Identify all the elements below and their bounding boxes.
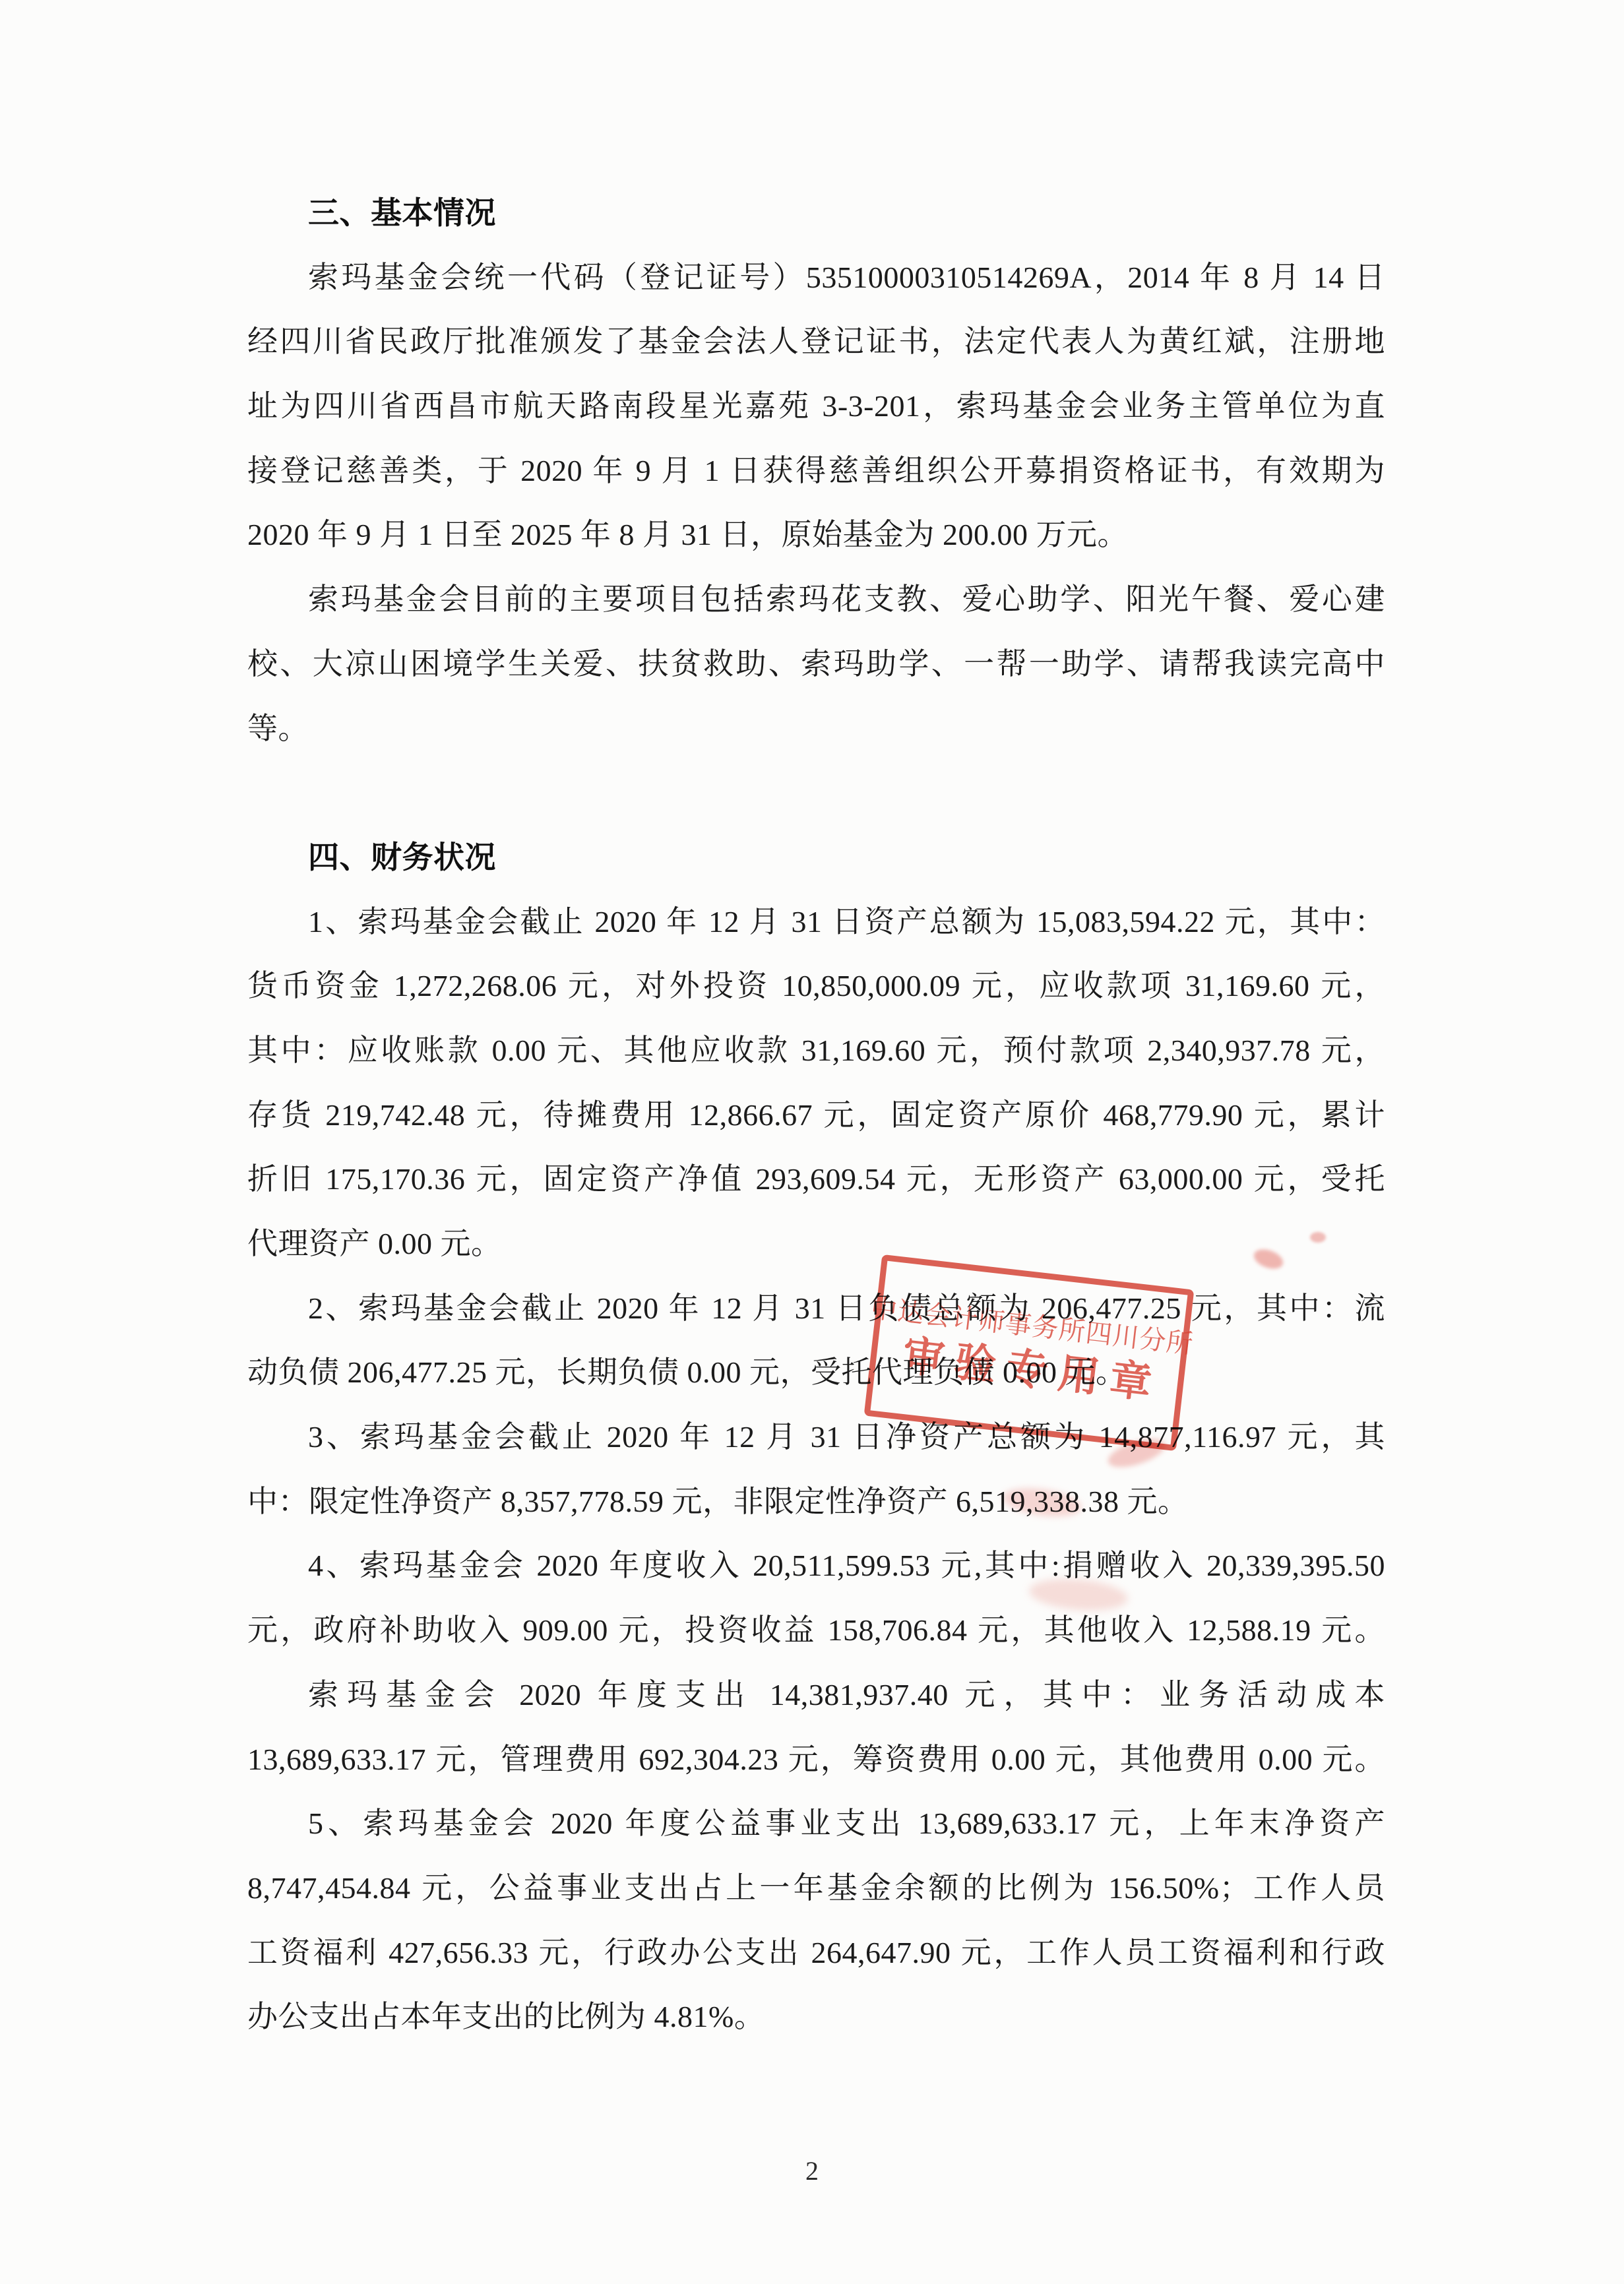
text-line: 4、索玛基金会 2020 年度收入 20,511,599.53 元,其中:捐赠收…	[247, 1533, 1385, 1598]
text-line: 2020 年 9 月 1 日至 2025 年 8 月 31 日，原始基金为 20…	[247, 503, 1385, 567]
section-heading: 四、财务状况	[247, 825, 1385, 890]
text-line: 等。	[247, 696, 1385, 761]
blank-line	[247, 760, 1385, 825]
text-line: 2、索玛基金会截止 2020 年 12 月 31 日负债总额为 206,477.…	[247, 1276, 1385, 1341]
text-line: 代理资产 0.00 元。	[247, 1212, 1385, 1276]
text-line: 折旧 175,170.36 元，固定资产净值 293,609.54 元，无形资产…	[247, 1147, 1385, 1212]
text-line: 址为四川省西昌市航天路南段星光嘉苑 3-3-201，索玛基金会业务主管单位为直	[247, 374, 1385, 439]
text-line: 索玛基金会统一代码（登记证号）53510000310514269A，2014 年…	[247, 245, 1385, 310]
text-line: 13,689,633.17 元，管理费用 692,304.23 元，筹资费用 0…	[247, 1727, 1385, 1792]
text-line: 接登记慈善类，于 2020 年 9 月 1 日获得慈善组织公开募捐资格证书，有效…	[247, 439, 1385, 503]
text-line: 存货 219,742.48 元，待摊费用 12,866.67 元，固定资产原价 …	[247, 1083, 1385, 1148]
document-page: 三、基本情况索玛基金会统一代码（登记证号）53510000310514269A，…	[0, 0, 1624, 2284]
text-line: 其中：应收账款 0.00 元、其他应收款 31,169.60 元，预付款项 2,…	[247, 1018, 1385, 1083]
text-line: 元，政府补助收入 909.00 元，投资收益 158,706.84 元，其他收入…	[247, 1598, 1385, 1663]
text-line: 索玛基金会目前的主要项目包括索玛花支教、爱心助学、阳光午餐、爱心建	[247, 567, 1385, 632]
text-line: 工资福利 427,656.33 元，行政办公支出 264,647.90 元，工作…	[247, 1921, 1385, 1985]
text-line: 1、索玛基金会截止 2020 年 12 月 31 日资产总额为 15,083,5…	[247, 890, 1385, 954]
text-line: 经四川省民政厅批准颁发了基金会法人登记证书，法定代表人为黄红斌，注册地	[247, 309, 1385, 374]
text-line: 中：限定性净资产 8,357,778.59 元，非限定性净资产 6,519,33…	[247, 1469, 1385, 1534]
text-line: 8,747,454.84 元，公益事业支出占上一年基金余额的比例为 156.50…	[247, 1856, 1385, 1921]
text-line: 5、索玛基金会 2020 年度公益事业支出 13,689,633.17 元，上年…	[247, 1791, 1385, 1856]
text-line: 3、索玛基金会截止 2020 年 12 月 31 日净资产总额为 14,877,…	[247, 1405, 1385, 1469]
text-line: 索玛基金会 2020 年度支出 14,381,937.40 元，其中：业务活动成…	[247, 1663, 1385, 1727]
page-number: 2	[0, 2155, 1624, 2186]
document-body: 三、基本情况索玛基金会统一代码（登记证号）53510000310514269A，…	[247, 181, 1385, 2049]
text-line: 办公支出占本年支出的比例为 4.81%。	[247, 1985, 1385, 2049]
section-heading: 三、基本情况	[247, 181, 1385, 245]
text-line: 校、大凉山困境学生关爱、扶贫救助、索玛助学、一帮一助学、请帮我读完高中	[247, 632, 1385, 696]
text-line: 货币资金 1,272,268.06 元，对外投资 10,850,000.09 元…	[247, 954, 1385, 1018]
text-line: 动负债 206,477.25 元，长期负债 0.00 元，受托代理负债 0.00…	[247, 1340, 1385, 1405]
